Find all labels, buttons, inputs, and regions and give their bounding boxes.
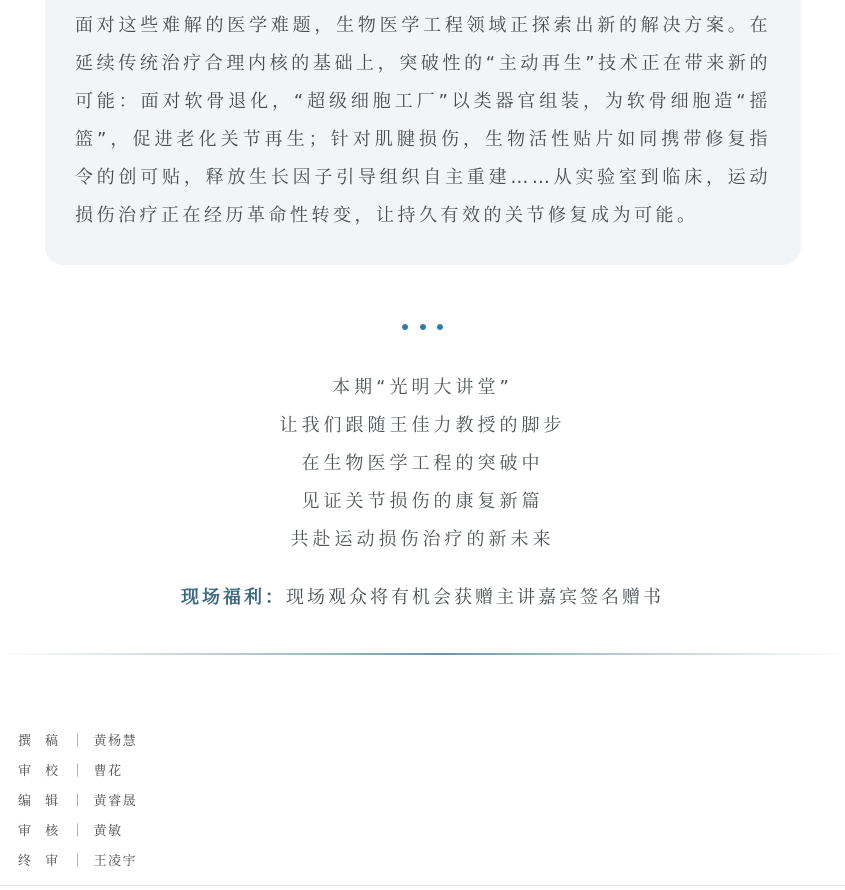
lecture-line-3: 在生物医学工程的突破中 bbox=[0, 445, 845, 483]
credit-separator: ｜ bbox=[71, 824, 86, 839]
bottom-divider bbox=[0, 885, 845, 886]
intro-panel: 面对这些难解的医学难题，生物医学工程领域正探索出新的解决方案。在延续传统治疗合理… bbox=[45, 0, 801, 265]
intro-paragraph: 面对这些难解的医学难题，生物医学工程领域正探索出新的解决方案。在延续传统治疗合理… bbox=[75, 7, 771, 235]
credit-role: 撰 稿 bbox=[18, 734, 63, 749]
lecture-line-4: 见证关节损伤的康复新篇 bbox=[0, 483, 845, 521]
credit-separator: ｜ bbox=[71, 794, 86, 809]
credit-row: 审 校｜曹花 bbox=[18, 757, 845, 787]
credit-role: 审 校 bbox=[18, 764, 63, 779]
dot-icon bbox=[437, 324, 443, 330]
credit-name: 黄敏 bbox=[94, 824, 123, 839]
credit-separator: ｜ bbox=[71, 854, 86, 869]
credit-name: 黄睿晟 bbox=[94, 794, 138, 809]
lecture-line-1: 本期“光明大讲堂” bbox=[0, 369, 845, 407]
credit-separator: ｜ bbox=[71, 734, 86, 749]
credit-name: 王凌宇 bbox=[94, 854, 138, 869]
credit-role: 编 辑 bbox=[18, 794, 63, 809]
credit-row: 审 核｜黄敏 bbox=[18, 817, 845, 847]
credits-block: 撰 稿｜黄杨慧 审 校｜曹花 编 辑｜黄睿晟 审 核｜黄敏 终 审｜王凌宇 bbox=[18, 727, 845, 877]
credit-row: 撰 稿｜黄杨慧 bbox=[18, 727, 845, 757]
dot-icon bbox=[402, 324, 408, 330]
lecture-line-5: 共赴运动损伤治疗的新未来 bbox=[0, 521, 845, 559]
lecture-intro: 本期“光明大讲堂” 让我们跟随王佳力教授的脚步 在生物医学工程的突破中 见证关节… bbox=[0, 369, 845, 559]
credit-role: 终 审 bbox=[18, 854, 63, 869]
ellipsis-separator bbox=[0, 323, 845, 329]
gradient-divider bbox=[0, 653, 845, 655]
credit-separator: ｜ bbox=[71, 764, 86, 779]
credit-name: 曹花 bbox=[94, 764, 123, 779]
dot-icon bbox=[420, 324, 426, 330]
lecture-line-2: 让我们跟随王佳力教授的脚步 bbox=[0, 407, 845, 445]
benefit-text: 现场观众将有机会获赠主讲嘉宾签名赠书 bbox=[286, 587, 664, 608]
credit-name: 黄杨慧 bbox=[94, 734, 138, 749]
credit-row: 编 辑｜黄睿晟 bbox=[18, 787, 845, 817]
benefit-line: 现场福利：现场观众将有机会获赠主讲嘉宾签名赠书 bbox=[0, 579, 845, 617]
credit-role: 审 核 bbox=[18, 824, 63, 839]
benefit-label: 现场福利： bbox=[181, 587, 286, 608]
article-page: 面对这些难解的医学难题，生物医学工程领域正探索出新的解决方案。在延续传统治疗合理… bbox=[0, 0, 845, 890]
credit-row: 终 审｜王凌宇 bbox=[18, 847, 845, 877]
